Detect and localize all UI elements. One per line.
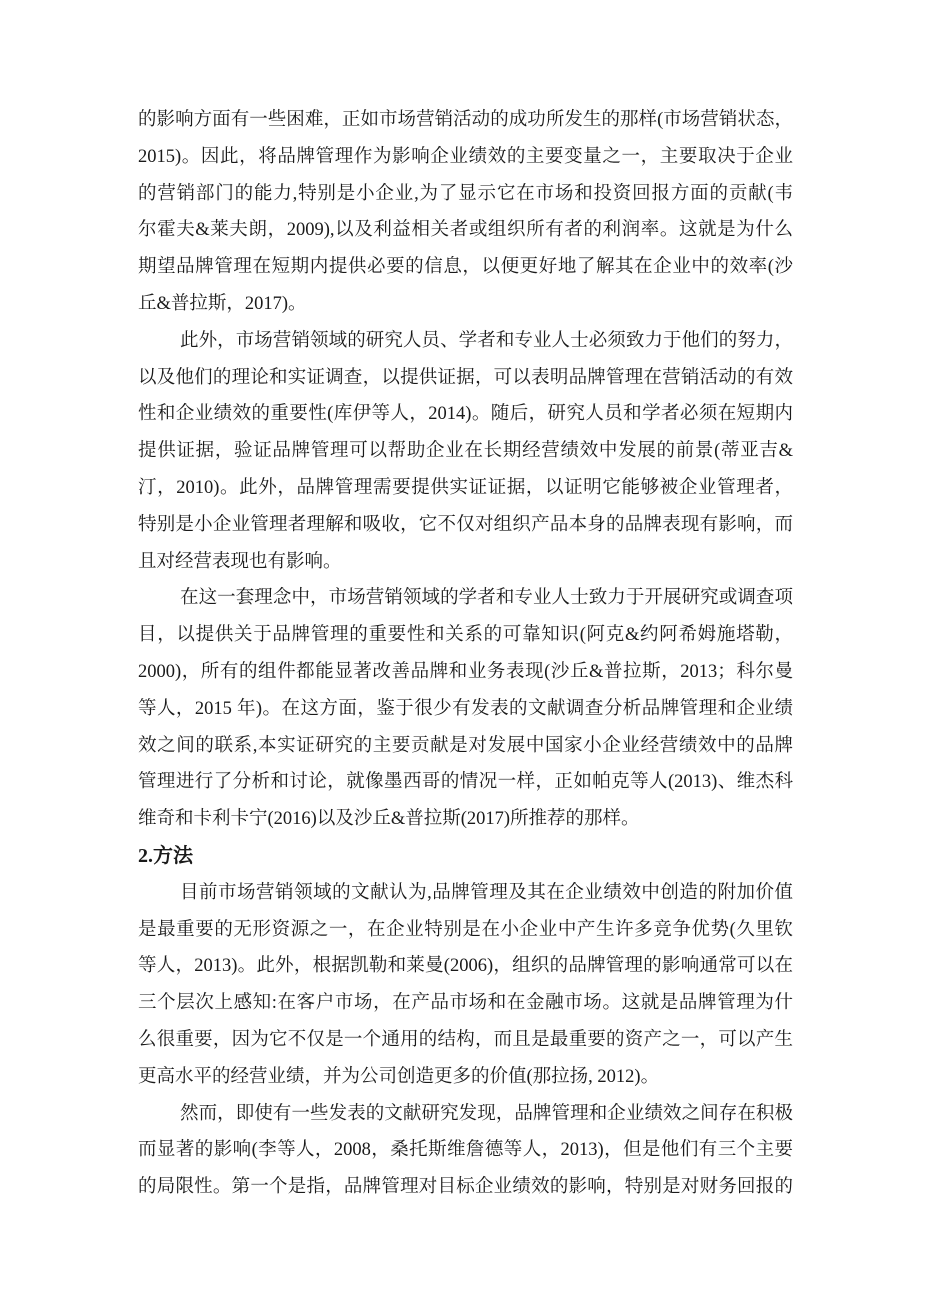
text-line: 维奇和卡利卡宁(2016)以及沙丘&普拉斯(2017)所推荐的那样。 — [138, 801, 793, 838]
text-line: 更高水平的经营业绩，并为公司创造更多的价值(那拉扬, 2012)。 — [138, 1059, 793, 1096]
text-line: 是最重要的无形资源之一，在企业特别是在小企业中产生许多竞争优势(久里钦 — [138, 912, 793, 949]
text-line: 目，以提供关于品牌管理的重要性和关系的可靠知识(阿克&约阿希姆施塔勒， — [138, 617, 793, 654]
text-line: 而显著的影响(李等人，2008，桑托斯维詹德等人，2013)，但是他们有三个主要 — [138, 1132, 793, 1169]
text-line: 的影响方面有一些困难，正如市场营销活动的成功所发生的那样(市场营销状态， — [138, 102, 793, 139]
text-line: 期望品牌管理在短期内提供必要的信息，以便更好地了解其在企业中的效率(沙 — [138, 249, 793, 286]
text-line: 尔霍夫&莱夫朗，2009),以及利益相关者或组织所有者的利润率。这就是为什么 — [138, 212, 793, 249]
text-line: 在这一套理念中，市场营销领域的学者和专业人士致力于开展研究或调查项 — [138, 580, 793, 617]
text-line: 2000)，所有的组件都能显著改善品牌和业务表现(沙丘&普拉斯，2013；科尔曼 — [138, 654, 793, 691]
text-line: 目前市场营销领域的文献认为,品牌管理及其在企业绩效中创造的附加价值 — [138, 875, 793, 912]
text-line: 且对经营表现也有影响。 — [138, 544, 793, 581]
text-line: 此外，市场营销领域的研究人员、学者和专业人士必须致力于他们的努力， — [138, 323, 793, 360]
text-line: 等人，2013)。此外，根据凯勒和莱曼(2006)，组织的品牌管理的影响通常可以… — [138, 948, 793, 985]
text-line: 的局限性。第一个是指，品牌管理对目标企业绩效的影响，特别是对财务回报的 — [138, 1169, 793, 1206]
text-line: 么很重要，因为它不仅是一个通用的结构，而且是最重要的资产之一，可以产生 — [138, 1022, 793, 1059]
document-page: 的影响方面有一些困难，正如市场营销活动的成功所发生的那样(市场营销状态， 201… — [0, 0, 926, 1309]
section-heading: 2.方法 — [138, 838, 793, 875]
text-line: 效之间的联系,本实证研究的主要贡献是对发展中国家小企业经营绩效中的品牌 — [138, 728, 793, 765]
text-line: 提供证据，验证品牌管理可以帮助企业在长期经营绩效中发展的前景(蒂亚吉& — [138, 433, 793, 470]
text-line: 以及他们的理论和实证调查，以提供证据，可以表明品牌管理在营销活动的有效 — [138, 360, 793, 397]
text-line: 三个层次上感知:在客户市场，在产品市场和在金融市场。这就是品牌管理为什 — [138, 985, 793, 1022]
text-line: 的营销部门的能力,特别是小企业,为了显示它在市场和投资回报方面的贡献(韦 — [138, 176, 793, 213]
text-line: 管理进行了分析和讨论，就像墨西哥的情况一样，正如帕克等人(2013)、维杰科 — [138, 764, 793, 801]
text-line: 性和企业绩效的重要性(库伊等人，2014)。随后，研究人员和学者必须在短期内 — [138, 396, 793, 433]
document-text: 的影响方面有一些困难，正如市场营销活动的成功所发生的那样(市场营销状态， 201… — [138, 102, 793, 1206]
text-line: 等人，2015 年)。在这方面，鉴于很少有发表的文献调查分析品牌管理和企业绩 — [138, 691, 793, 728]
text-line: 丘&普拉斯，2017)。 — [138, 286, 793, 323]
text-line: 汀，2010)。此外，品牌管理需要提供实证证据，以证明它能够被企业管理者， — [138, 470, 793, 507]
text-line: 2015)。因此，将品牌管理作为影响企业绩效的主要变量之一，主要取决于企业 — [138, 139, 793, 176]
text-line: 然而，即使有一些发表的文献研究发现，品牌管理和企业绩效之间存在积极 — [138, 1096, 793, 1133]
text-line: 特别是小企业管理者理解和吸收，它不仅对组织产品本身的品牌表现有影响，而 — [138, 507, 793, 544]
